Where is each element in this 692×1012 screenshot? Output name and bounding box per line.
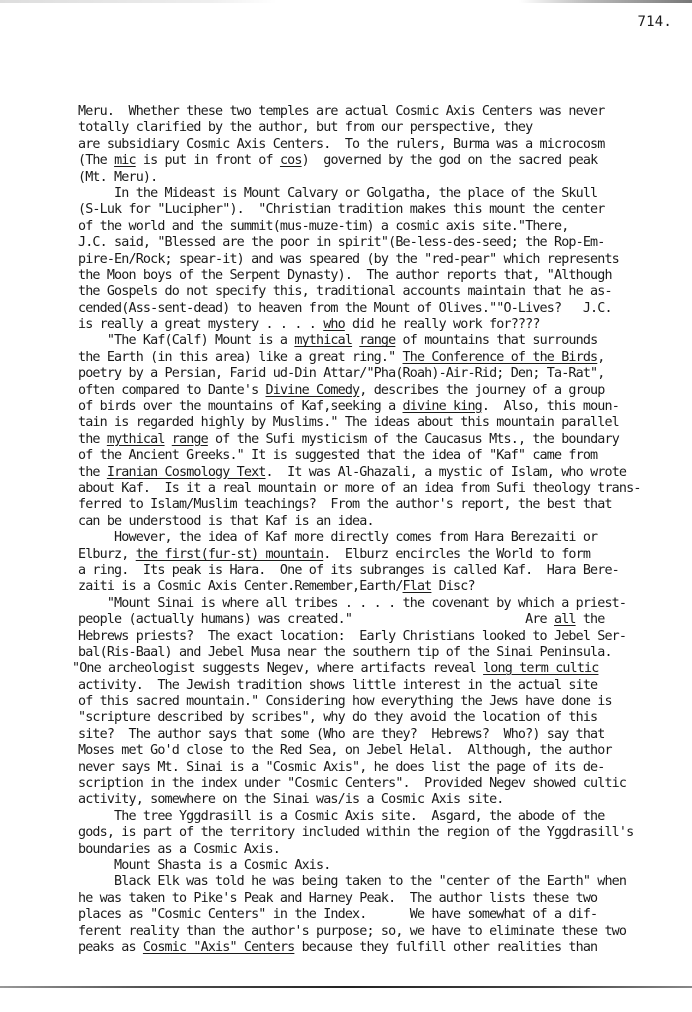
text-run: of mountains that surrounds [395, 333, 597, 348]
underlined-text: long term cultic [483, 661, 598, 676]
text-run: peaks as [78, 940, 143, 955]
text-line: totally clarified by the author, but fro… [78, 120, 678, 136]
text-run: (Mt. Meru). [78, 170, 157, 185]
text-run: "The Kaf(Calf) Mount is a [78, 333, 294, 348]
text-line: Moses met Go'd close to the Red Sea, on … [78, 743, 678, 759]
text-line: ferred to Islam/Muslim teachings? From t… [78, 497, 678, 513]
text-run: a ring. Its peak is Hara. One of its sub… [78, 563, 619, 578]
text-line: are subsidiary Cosmic Axis Centers. To t… [78, 137, 678, 153]
text-run: J.C. said, "Blessed are the poor in spir… [78, 235, 604, 250]
text-run: Mount Shasta is a Cosmic Axis. [78, 858, 330, 873]
text-run: site? The author says that some (Who are… [78, 727, 604, 742]
text-line: site? The author says that some (Who are… [78, 727, 678, 743]
text-run: The tree Yggdrasill is a Cosmic Axis sit… [78, 809, 604, 824]
text-run: Moses met Go'd close to the Red Sea, on … [78, 743, 612, 758]
text-line: (The mic is put in front of cos) governe… [78, 153, 678, 169]
underlined-text: Flat [403, 579, 432, 594]
text-run: did he really work for???? [345, 317, 540, 332]
text-line: zaiti is a Cosmic Axis Center.Remember,E… [78, 579, 678, 595]
text-run: of birds over the mountains of Kaf,seeki… [78, 399, 403, 414]
text-line: Mount Shasta is a Cosmic Axis. [78, 858, 678, 874]
text-run: cended(Ass-sent-dead) to heaven from the… [78, 301, 612, 316]
text-run: Elburz, [78, 547, 136, 562]
text-run: tain is regarded highly by Muslims." The… [78, 415, 619, 430]
text-line: "The Kaf(Calf) Mount is a mythical range… [78, 333, 678, 349]
text-run: boundaries as a Cosmic Axis. [78, 842, 280, 857]
text-run: , describes the journey of a group [359, 383, 604, 398]
text-line: scription in the index under "Cosmic Cen… [78, 776, 678, 792]
text-run: ferent reality than the author's purpose… [78, 924, 626, 939]
underlined-text: mythical [107, 432, 165, 447]
underlined-text: cos [280, 153, 302, 168]
text-line: However, the idea of Kaf more directly c… [78, 530, 678, 546]
text-line: Black Elk was told he was being taken to… [78, 874, 678, 890]
text-run: the [78, 432, 107, 447]
text-run: "Mount Sinai is where all tribes . . . .… [78, 596, 626, 611]
text-line: the Gospels do not specify this, traditi… [78, 284, 678, 300]
document-body: Meru. Whether these two temples are actu… [78, 104, 678, 956]
text-line: never says Mt. Sinai is a "Cosmic Axis",… [78, 760, 678, 776]
text-line: "Mount Sinai is where all tribes . . . .… [78, 596, 678, 612]
text-line: the mythical range of the Sufi mysticism… [78, 432, 678, 448]
text-line: tain is regarded highly by Muslims." The… [78, 415, 678, 431]
text-run: of the Ancient Greeks." It is suggested … [78, 448, 597, 463]
text-line: a ring. Its peak is Hara. One of its sub… [78, 563, 678, 579]
text-line: of this sacred mountain." Considering ho… [78, 694, 678, 710]
text-line: of birds over the mountains of Kaf,seeki… [78, 399, 678, 415]
text-line: cended(Ass-sent-dead) to heaven from the… [78, 301, 678, 317]
text-line: peaks as Cosmic "Axis" Centers because t… [78, 940, 678, 956]
text-run: people (actually humans) was created." A… [78, 612, 554, 627]
text-line: "One archeologist suggests Negev, where … [72, 661, 678, 677]
underlined-text: Divine Comedy [266, 383, 360, 398]
text-line: pire-En/Rock; spear-it) and was speared … [78, 252, 678, 268]
text-line: often compared to Dante's Divine Comedy,… [78, 383, 678, 399]
text-line: the Earth (in this area) like a great ri… [78, 350, 678, 366]
text-line: Hebrews priests? The exact location: Ear… [78, 629, 678, 645]
text-run: activity, somewhere on the Sinai was/is … [78, 792, 504, 807]
text-line: is really a great mystery . . . . who di… [78, 317, 678, 333]
underlined-text: range [172, 432, 208, 447]
text-run: of the Sufi mysticism of the Caucasus Mt… [208, 432, 619, 447]
underlined-text: Iranian Cosmology Text [107, 465, 266, 480]
text-line: bal(Ris-Baal) and Jebel Musa near the so… [78, 645, 678, 661]
text-line: ferent reality than the author's purpose… [78, 924, 678, 940]
text-line: The tree Yggdrasill is a Cosmic Axis sit… [78, 809, 678, 825]
text-run: the Moon boys of the Serpent Dynasty). T… [78, 268, 612, 283]
text-line: he was taken to Pike's Peak and Harney P… [78, 891, 678, 907]
text-run: of this sacred mountain." Considering ho… [78, 694, 612, 709]
text-line: of the Ancient Greeks." It is suggested … [78, 448, 678, 464]
text-run: Black Elk was told he was being taken to… [78, 874, 626, 889]
underlined-text: The Conference of the Birds [403, 350, 598, 365]
text-run: poetry by a Persian, Farid ud-Din Attar/… [78, 366, 604, 381]
underlined-text: Cosmic "Axis" Centers [143, 940, 294, 955]
text-line: the Moon boys of the Serpent Dynasty). T… [78, 268, 678, 284]
text-run: is really a great mystery . . . . [78, 317, 323, 332]
text-line: (S-Luk for "Lucipher"). "Christian tradi… [78, 202, 678, 218]
text-run: . It was Al-Ghazali, a mystic of Islam, … [266, 465, 627, 480]
text-run: activity. The Jewish tradition shows lit… [78, 678, 597, 693]
text-run: "One archeologist suggests Negev, where … [72, 661, 483, 676]
text-run: the [576, 612, 605, 627]
text-run: pire-En/Rock; spear-it) and was speared … [78, 252, 619, 267]
text-line: of the world and the summit(mus-muze-tim… [78, 219, 678, 235]
text-line: J.C. said, "Blessed are the poor in spir… [78, 235, 678, 251]
text-line: "scripture described by scribes", why do… [78, 710, 678, 726]
text-run: , [597, 350, 604, 365]
text-run: Meru. Whether these two temples are actu… [78, 104, 604, 119]
underlined-text: who [323, 317, 345, 332]
text-run: can be understood is that Kaf is an idea… [78, 514, 374, 529]
text-line: activity. The Jewish tradition shows lit… [78, 678, 678, 694]
text-line: activity, somewhere on the Sinai was/is … [78, 792, 678, 808]
text-run: gods, is part of the territory included … [78, 825, 633, 840]
text-run: is put in front of [136, 153, 280, 168]
text-line: can be understood is that Kaf is an idea… [78, 514, 678, 530]
page-number: 714. [637, 14, 672, 30]
text-line: poetry by a Persian, Farid ud-Din Attar/… [78, 366, 678, 382]
text-run: (S-Luk for "Lucipher"). "Christian tradi… [78, 202, 604, 217]
text-run: scription in the index under "Cosmic Cen… [78, 776, 626, 791]
text-run: zaiti is a Cosmic Axis Center.Remember,E… [78, 579, 403, 594]
text-run: the [78, 465, 107, 480]
text-run: of the world and the summit(mus-muze-tim… [78, 219, 568, 234]
text-run: he was taken to Pike's Peak and Harney P… [78, 891, 597, 906]
text-line: about Kaf. Is it a real mountain or more… [78, 481, 678, 497]
text-line: In the Mideast is Mount Calvary or Golga… [78, 186, 678, 202]
text-run: the Earth (in this area) like a great ri… [78, 350, 403, 365]
text-run: totally clarified by the author, but fro… [78, 120, 532, 135]
text-run: . Also, this moun- [482, 399, 619, 414]
text-run: . Elburz encircles the World to form [323, 547, 590, 562]
text-line: the Iranian Cosmology Text. It was Al-Gh… [78, 465, 678, 481]
text-run: "scripture described by scribes", why do… [78, 710, 597, 725]
text-run: often compared to Dante's [78, 383, 266, 398]
underlined-text: mythical [294, 333, 352, 348]
text-run: (The [78, 153, 114, 168]
underlined-text: divine king [403, 399, 482, 414]
underlined-text: mic [114, 153, 136, 168]
text-run: about Kaf. Is it a real mountain or more… [78, 481, 641, 496]
text-line: Elburz, the first(fur-st) mountain. Elbu… [78, 547, 678, 563]
underlined-text: all [554, 612, 576, 627]
text-run: Disc? [431, 579, 474, 594]
text-run [165, 432, 172, 447]
text-line: Meru. Whether these two temples are actu… [78, 104, 678, 120]
text-run: ) governed by the god on the sacred peak [302, 153, 598, 168]
text-run: are subsidiary Cosmic Axis Centers. To t… [78, 137, 604, 152]
text-run: In the Mideast is Mount Calvary or Golga… [78, 186, 597, 201]
underlined-text: range [359, 333, 395, 348]
text-run: the Gospels do not specify this, traditi… [78, 284, 612, 299]
text-run: However, the idea of Kaf more directly c… [78, 530, 597, 545]
text-line: (Mt. Meru). [78, 170, 678, 186]
text-run: Hebrews priests? The exact location: Ear… [78, 629, 626, 644]
text-run: because they fulfill other realities tha… [294, 940, 597, 955]
text-run: bal(Ris-Baal) and Jebel Musa near the so… [78, 645, 612, 660]
bottom-rule [0, 986, 692, 988]
text-run: never says Mt. Sinai is a "Cosmic Axis",… [78, 760, 604, 775]
text-run: places as "Cosmic Centers" in the Index.… [78, 907, 597, 922]
text-line: people (actually humans) was created." A… [78, 612, 678, 628]
text-line: places as "Cosmic Centers" in the Index.… [78, 907, 678, 923]
text-run: ferred to Islam/Muslim teachings? From t… [78, 497, 612, 512]
scan-top-edge [0, 0, 692, 3]
text-line: gods, is part of the territory included … [78, 825, 678, 841]
underlined-text: the first(fur-st) mountain [136, 547, 324, 562]
text-line: boundaries as a Cosmic Axis. [78, 842, 678, 858]
